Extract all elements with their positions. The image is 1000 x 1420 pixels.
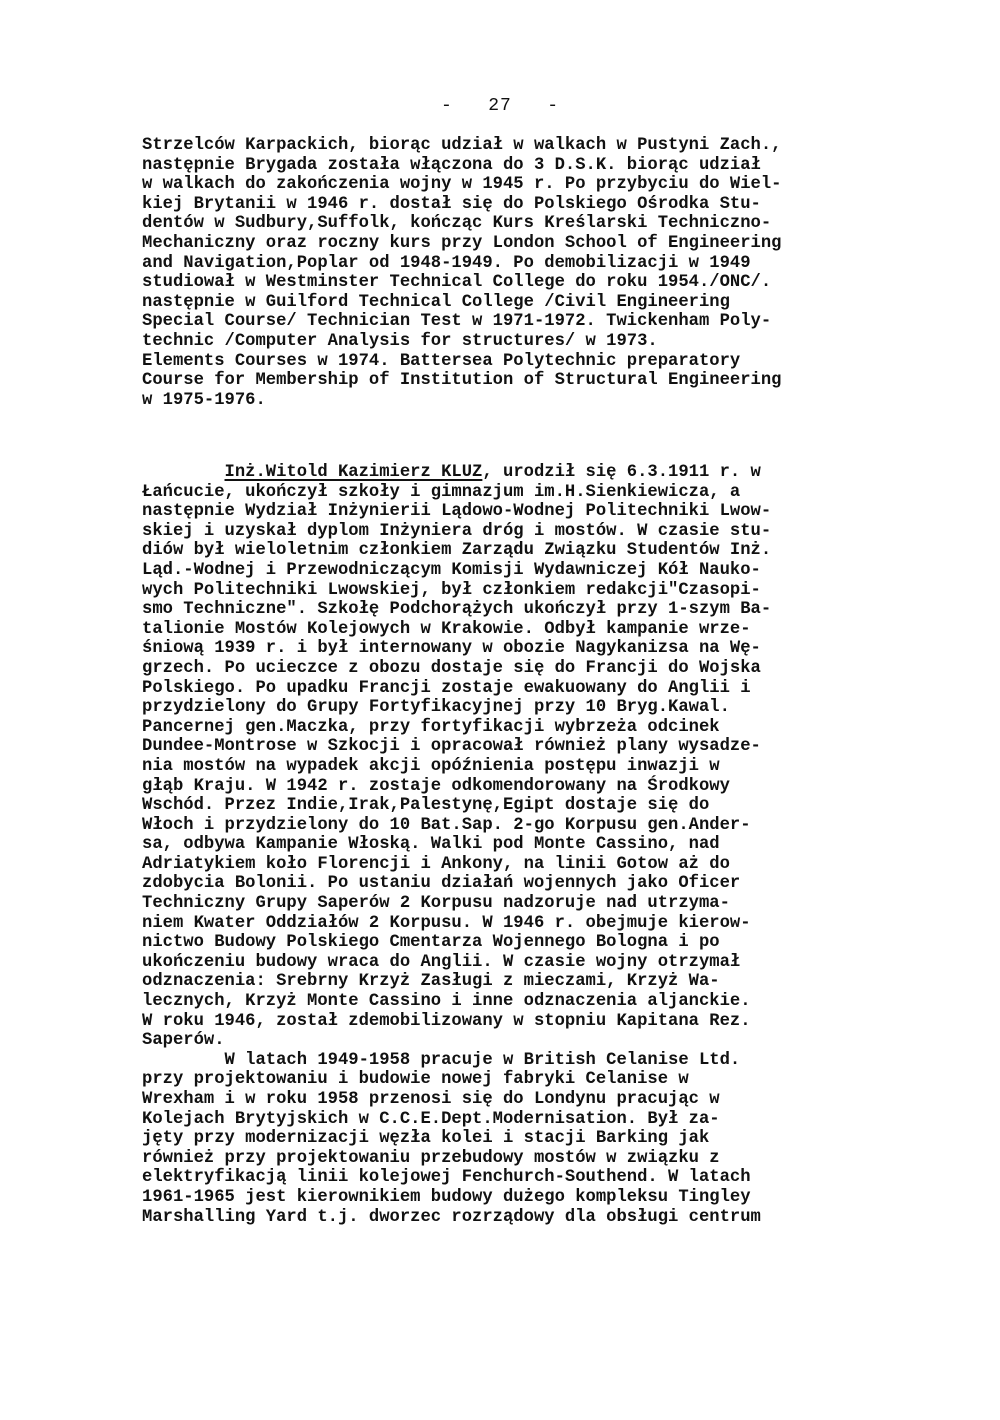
text-line: elektryfikacją linii kolejowej Fenchurch…	[142, 1168, 882, 1188]
text-line: and Navigation,Poplar od 1948-1949. Po d…	[142, 254, 882, 274]
page-number: - 27 -	[0, 96, 1000, 116]
text-line: nictwo Budowy Polskiego Cmentarza Wojenn…	[142, 933, 882, 953]
text-line: Ląd.-Wodnej i Przewodniczącym Komisji Wy…	[142, 561, 882, 581]
text-line: Adriatykiem koło Florencji i Ankony, na …	[142, 855, 882, 875]
text-line: talionie Mostów Kolejowych w Krakowie. O…	[142, 620, 882, 640]
text-line: Łańcucie, ukończył szkoły i gimnazjum im…	[142, 483, 882, 503]
text-line: Wrexham i w roku 1958 przenosi się do Lo…	[142, 1090, 882, 1110]
text-line: Wschód. Przez Indie,Irak,Palestynę,Egipt…	[142, 796, 882, 816]
text-line: Marshalling Yard t.j. dworzec rozrządowy…	[142, 1208, 882, 1228]
text-line: lecznych, Krzyż Monte Cassino i inne odz…	[142, 992, 882, 1012]
paragraph-biography: Inż.Witold Kazimierz KLUZ, urodził się 6…	[142, 463, 882, 1227]
text-line: Dundee-Montrose w Szkocji i opracował ró…	[142, 737, 882, 757]
text-line: nia mostów na wypadek akcji opóźnienia p…	[142, 757, 882, 777]
text-line: następnie Wydział Inżynierii Lądowo-Wodn…	[142, 502, 882, 522]
text-line: Techniczny Grupy Saperów 2 Korpusu nadzo…	[142, 894, 882, 914]
text-line: 1961-1965 jest kierownikiem budowy dużeg…	[142, 1188, 882, 1208]
text-line: Course for Membership of Institution of …	[142, 371, 882, 391]
biography-first-line: Inż.Witold Kazimierz KLUZ, urodził się 6…	[142, 463, 882, 483]
text-line: Saperów.	[142, 1031, 882, 1051]
text-line: Kolejach Brytyjskich w C.C.E.Dept.Modern…	[142, 1110, 882, 1130]
text-line: Włoch i przydzielony do 10 Bat.Sap. 2-go…	[142, 816, 882, 836]
text-line: następnie w Guilford Technical College /…	[142, 293, 882, 313]
text-line: przydzielony do Grupy Fortyfikacyjnej pr…	[142, 698, 882, 718]
text-line: w 1975-1976.	[142, 391, 882, 411]
first-line-text: , urodził się 6.3.1911 r. w	[482, 463, 760, 482]
text-line: studiował w Westminster Technical Colleg…	[142, 273, 882, 293]
text-line: technic /Computer Analysis for structure…	[142, 332, 882, 352]
text-line: niem Kwater Oddziałów 2 Korpusu. W 1946 …	[142, 914, 882, 934]
text-line: sa, odbywa Kampanie Włoską. Walki pod Mo…	[142, 835, 882, 855]
text-line: kiej Brytanii w 1946 r. dostał się do Po…	[142, 195, 882, 215]
biography-lines: Łańcucie, ukończył szkoły i gimnazjum im…	[142, 483, 882, 1228]
text-line: Pancernej gen.Maczka, przy fortyfikacji …	[142, 718, 882, 738]
indent	[142, 463, 225, 482]
paragraph-education: Strzelców Karpackich, biorąc udział w wa…	[142, 136, 882, 410]
text-line: wych Politechniki Lwowskiej, był członki…	[142, 581, 882, 601]
text-line: Polskiego. Po upadku Francji zostaje ewa…	[142, 679, 882, 699]
text-line: głąb Kraju. W 1942 r. zostaje odkomendor…	[142, 777, 882, 797]
text-line: skiej i uzyskał dyplom Inżyniera dróg i …	[142, 522, 882, 542]
text-line: Special Course/ Technician Test w 1971-1…	[142, 312, 882, 332]
person-name-heading: Inż.Witold Kazimierz KLUZ	[225, 463, 483, 482]
text-line: W roku 1946, został zdemobilizowany w st…	[142, 1012, 882, 1032]
text-line: smo Techniczne". Szkołę Podchorążych uko…	[142, 600, 882, 620]
text-line: przy projektowaniu i budowie nowej fabry…	[142, 1070, 882, 1090]
text-line: również przy projektowaniu przebudowy mo…	[142, 1149, 882, 1169]
text-line: W latach 1949-1958 pracuje w British Cel…	[142, 1051, 882, 1071]
text-line: dentów w Sudbury,Suffolk, kończąc Kurs K…	[142, 214, 882, 234]
text-line: w walkach do zakończenia wojny w 1945 r.…	[142, 175, 882, 195]
text-line: zdobycia Bolonii. Po ustaniu działań woj…	[142, 874, 882, 894]
text-line: grzech. Po ucieczce z obozu dostaje się …	[142, 659, 882, 679]
text-line: Mechaniczny oraz roczny kurs przy London…	[142, 234, 882, 254]
text-line: jęty przy modernizacji węzła kolei i sta…	[142, 1129, 882, 1149]
text-line: ukończeniu budowy wraca do Anglii. W cza…	[142, 953, 882, 973]
text-line: diów był wieloletnim członkiem Zarządu Z…	[142, 541, 882, 561]
text-line: odznaczenia: Srebrny Krzyż Zasługi z mie…	[142, 972, 882, 992]
text-line: Strzelców Karpackich, biorąc udział w wa…	[142, 136, 882, 156]
text-line: następnie Brygada została włączona do 3 …	[142, 156, 882, 176]
text-line: śniową 1939 r. i był internowany w obozi…	[142, 639, 882, 659]
text-line: Elements Courses w 1974. Battersea Polyt…	[142, 352, 882, 372]
document-page: - 27 - Strzelców Karpackich, biorąc udzi…	[0, 0, 1000, 1420]
